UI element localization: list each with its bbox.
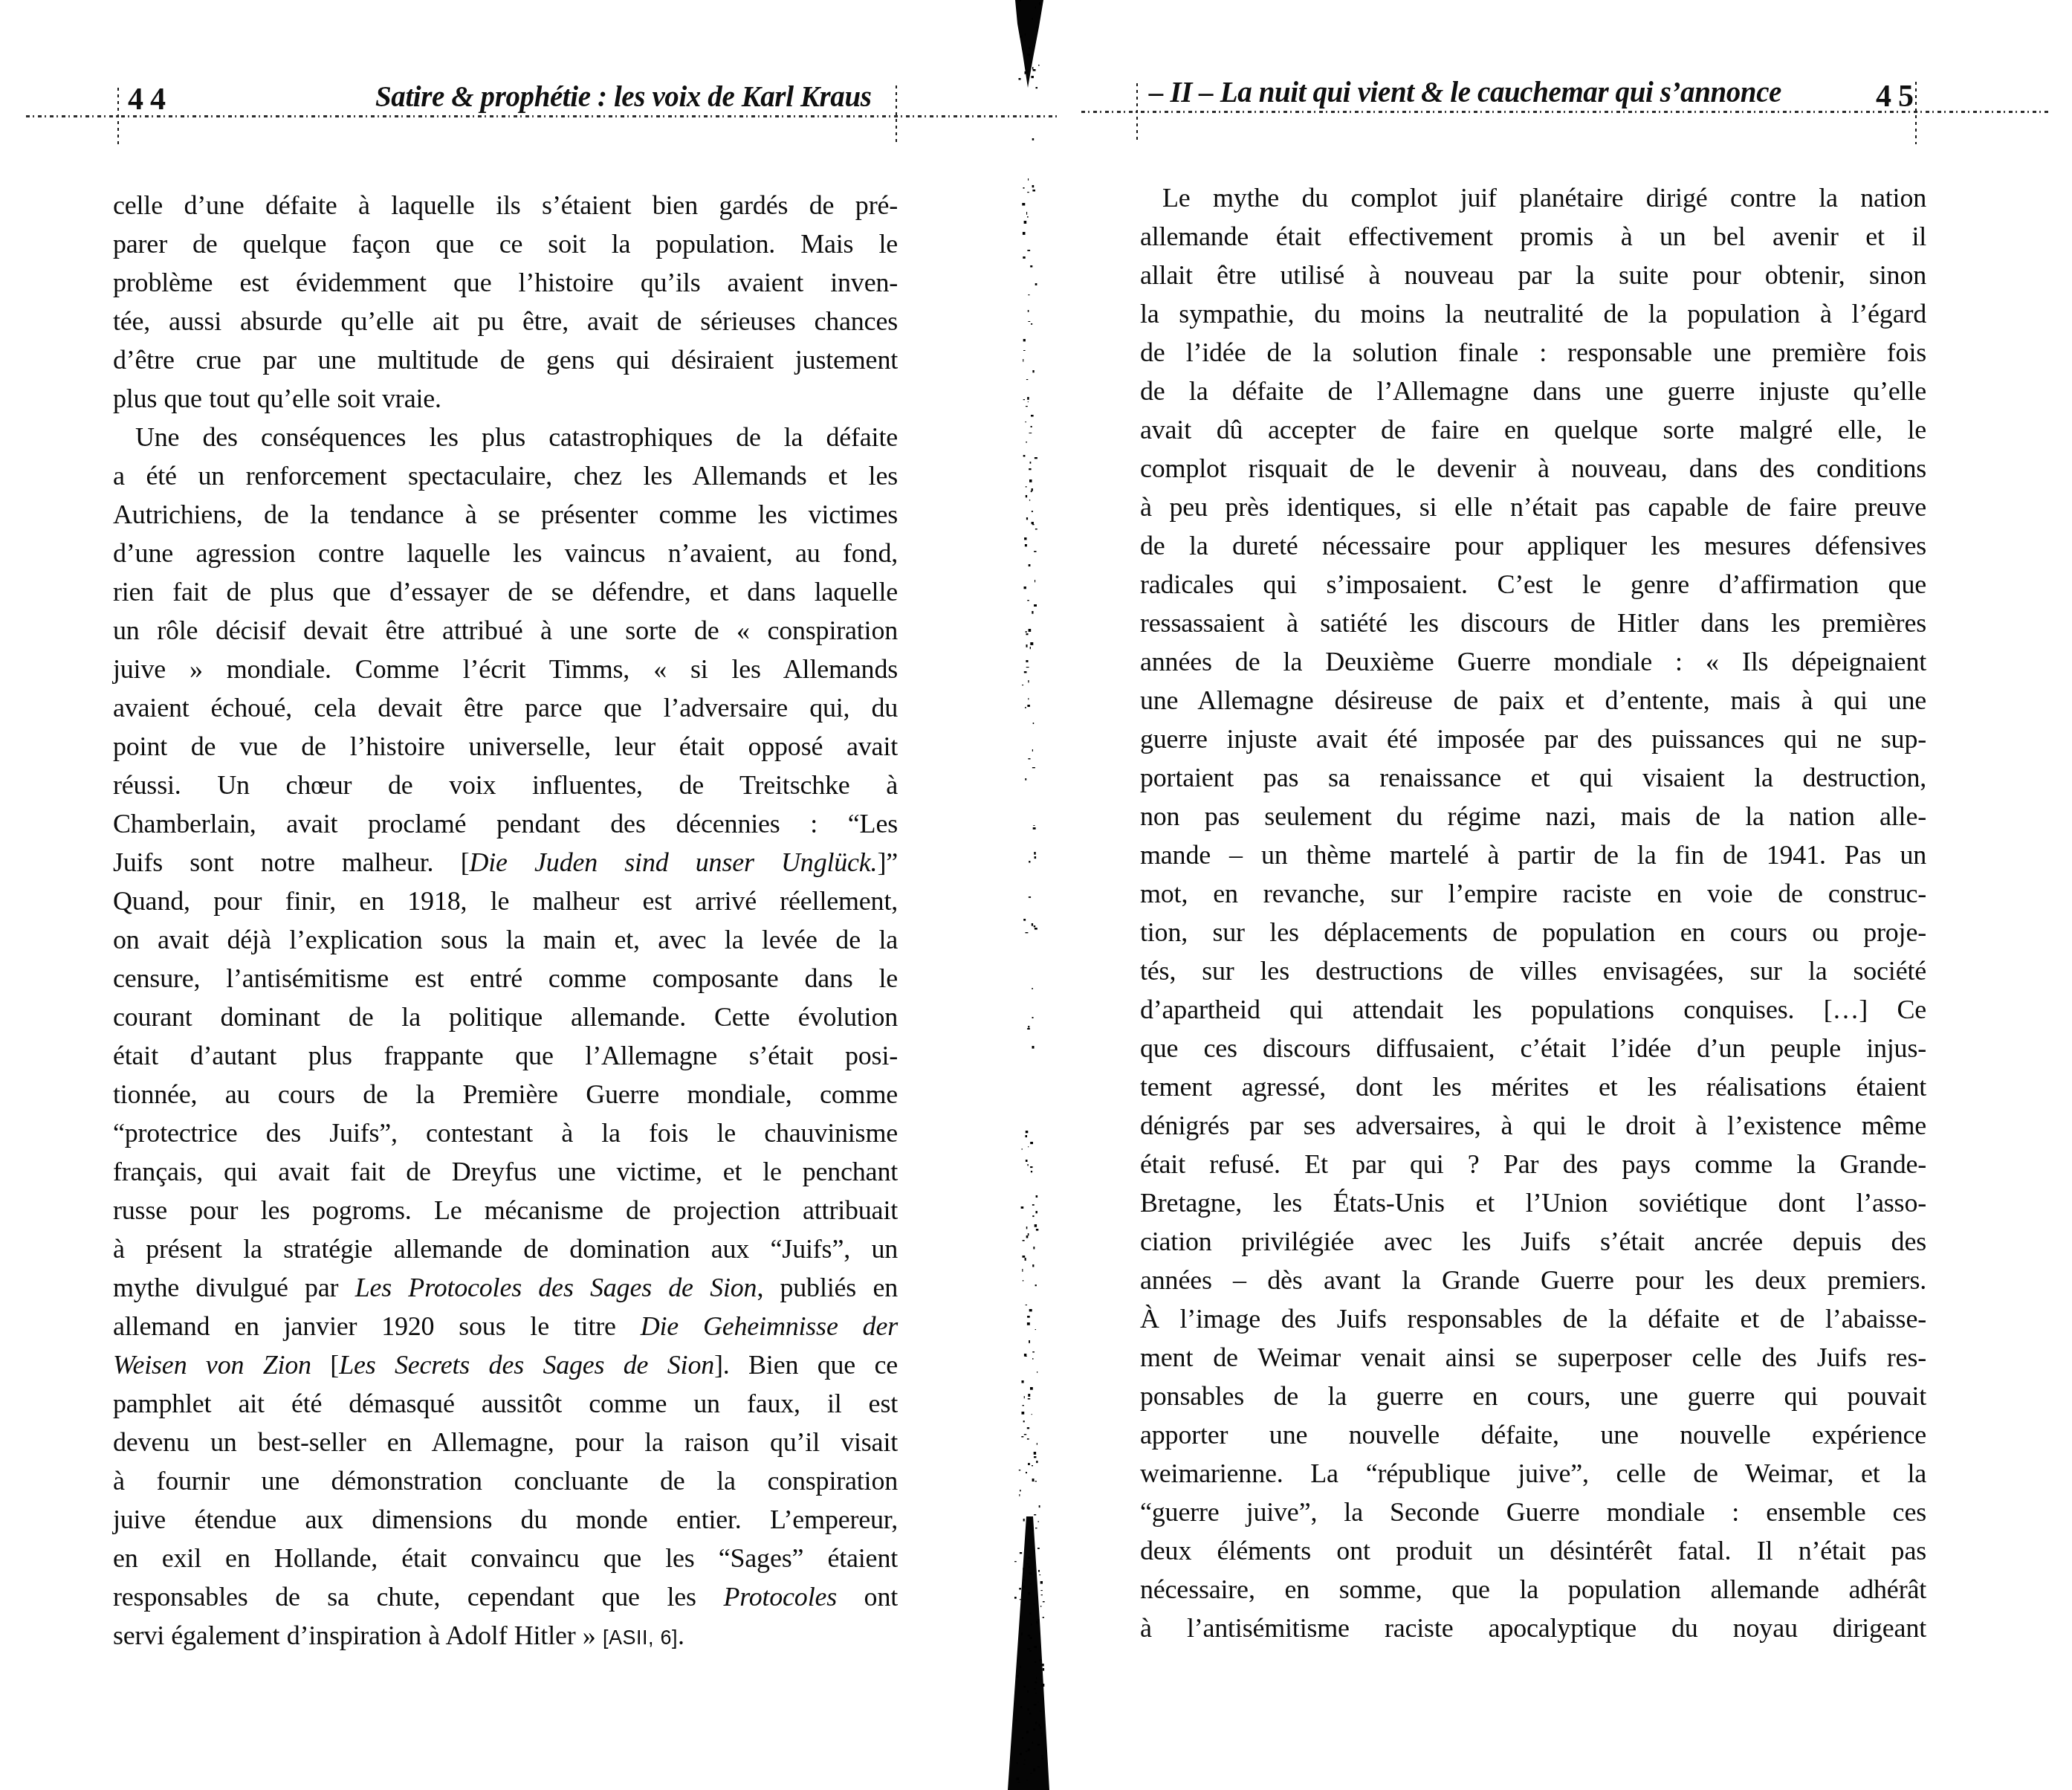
text-run: censure, l’antisémitisme est entré comme… bbox=[113, 963, 898, 993]
text-run: années – dès avant la Grande Guerre pour… bbox=[1140, 1265, 1926, 1295]
running-title-right: – II – La nuit qui vient & le cauchemar … bbox=[1149, 76, 1781, 109]
text-run: d’une agression contre laquelle les vain… bbox=[113, 538, 898, 568]
text-line: portaient pas sa renaissance et qui visa… bbox=[1140, 758, 1926, 797]
text-line: À l’image des Juifs responsables de la d… bbox=[1140, 1299, 1926, 1338]
text-run: Juifs sont notre malheur. [ bbox=[113, 847, 469, 877]
text-run: “protectrice des Juifs”, contestant à la… bbox=[113, 1118, 898, 1148]
text-line: avaient échoué, cela devait être parce q… bbox=[113, 688, 898, 727]
text-run: mande – un thème martelé à partir de la … bbox=[1140, 840, 1926, 870]
text-line: Le mythe du complot juif planétaire diri… bbox=[1140, 178, 1926, 217]
italic-text-run: Die Geheimnisse der bbox=[641, 1311, 898, 1341]
text-run: juive » mondiale. Comme l’écrit Timms, «… bbox=[113, 654, 898, 684]
text-run: de l’idée de la solution finale : respon… bbox=[1140, 337, 1926, 367]
text-line: à fournir une démonstration concluante d… bbox=[113, 1461, 898, 1500]
text-line: servi également d’inspiration à Adolf Hi… bbox=[113, 1616, 898, 1657]
text-run: un rôle décisif devait être attribué à u… bbox=[113, 615, 898, 645]
text-line: de la dureté nécessaire pour appliquer l… bbox=[1140, 526, 1926, 565]
italic-text-run: Protocoles bbox=[723, 1582, 837, 1612]
text-line: à présent la stratégie allemande de domi… bbox=[113, 1230, 898, 1268]
text-run: ressassaient à satiété les discours de H… bbox=[1140, 608, 1926, 638]
text-line: en exil en Hollande, était convaincu que… bbox=[113, 1539, 898, 1577]
text-column-left: celle d’une défaite à laquelle ils s’éta… bbox=[113, 186, 898, 1657]
italic-text-run: Les Secrets des Sages de Sion bbox=[339, 1350, 714, 1380]
text-line: était d’autant plus frappante que l’Alle… bbox=[113, 1036, 898, 1075]
text-run: nécessaire, en somme, que la population … bbox=[1140, 1574, 1926, 1604]
text-line: censure, l’antisémitisme est entré comme… bbox=[113, 959, 898, 998]
text-line: pamphlet ait été démasqué aussitôt comme… bbox=[113, 1384, 898, 1423]
text-line: années – dès avant la Grande Guerre pour… bbox=[1140, 1261, 1926, 1299]
text-run: à présent la stratégie allemande de domi… bbox=[113, 1234, 898, 1264]
text-run: on avait déjà l’explication sous la main… bbox=[113, 925, 898, 954]
text-run: ment de Weimar venait ainsi se superpose… bbox=[1140, 1342, 1926, 1372]
text-line: guerre injuste avait été imposée par des… bbox=[1140, 720, 1926, 758]
text-line: Quand, pour finir, en 1918, le malheur e… bbox=[113, 882, 898, 920]
text-run: servi également d’inspiration à Adolf Hi… bbox=[113, 1621, 603, 1650]
text-run: Une des conséquences les plus catastroph… bbox=[135, 422, 898, 452]
text-run: devenu un best-seller en Allemagne, pour… bbox=[113, 1427, 898, 1457]
text-line: la sympathie, du moins la neutralité de … bbox=[1140, 294, 1926, 333]
text-line: que ces discours diffusaient, c’était l’… bbox=[1140, 1029, 1926, 1067]
text-line: une Allemagne désireuse de paix et d’ent… bbox=[1140, 681, 1926, 720]
text-run: problème est évidemment que l’histoire q… bbox=[113, 268, 898, 297]
text-run: de la dureté nécessaire pour appliquer l… bbox=[1140, 531, 1926, 560]
text-line: Bretagne, les États-Unis et l’Union sovi… bbox=[1140, 1183, 1926, 1222]
text-run: À l’image des Juifs responsables de la d… bbox=[1140, 1304, 1926, 1334]
text-line: problème est évidemment que l’histoire q… bbox=[113, 263, 898, 302]
text-run: était d’autant plus frappante que l’Alle… bbox=[113, 1041, 898, 1070]
text-line: a été un renforcement spectaculaire, che… bbox=[113, 456, 898, 495]
text-run: à fournir une démonstration concluante d… bbox=[113, 1466, 898, 1496]
text-run: Bretagne, les États-Unis et l’Union sovi… bbox=[1140, 1188, 1926, 1218]
text-line: français, qui avait fait de Dreyfus une … bbox=[113, 1152, 898, 1191]
text-line: weimarienne. La “république juive”, cell… bbox=[1140, 1454, 1926, 1493]
text-line: mot, en revanche, sur l’empire raciste e… bbox=[1140, 874, 1926, 913]
text-line: années de la Deuxième Guerre mondiale : … bbox=[1140, 642, 1926, 681]
text-run: Le mythe du complot juif planétaire diri… bbox=[1162, 183, 1926, 213]
text-line: à peu près identiques, si elle n’était p… bbox=[1140, 488, 1926, 526]
text-run: dénigrés par ses adversaires, à qui le d… bbox=[1140, 1111, 1926, 1140]
text-line: avait dû accepter de faire en quelque so… bbox=[1140, 410, 1926, 449]
text-run: en exil en Hollande, était convaincu que… bbox=[113, 1543, 898, 1573]
text-run: . bbox=[678, 1621, 684, 1650]
text-run: avait dû accepter de faire en quelque so… bbox=[1140, 415, 1926, 445]
text-run: portaient pas sa renaissance et qui visa… bbox=[1140, 763, 1926, 792]
text-line: d’être crue par une multitude de gens qu… bbox=[113, 340, 898, 379]
text-run: que ces discours diffusaient, c’était l’… bbox=[1140, 1033, 1926, 1063]
text-run: Autrichiens, de la tendance à se présent… bbox=[113, 500, 898, 529]
text-line: dénigrés par ses adversaires, à qui le d… bbox=[1140, 1106, 1926, 1145]
margin-mark-left-outer bbox=[117, 88, 119, 146]
text-line: radicales qui s’imposaient. C’est le gen… bbox=[1140, 565, 1926, 604]
text-line: tement agressé, dont les mérites et les … bbox=[1140, 1067, 1926, 1106]
text-run: ciation privilégiée avec les Juifs s’éta… bbox=[1140, 1227, 1926, 1256]
text-run: allemand en janvier 1920 sous le titre bbox=[113, 1311, 641, 1341]
text-run: Quand, pour finir, en 1918, le malheur e… bbox=[113, 886, 898, 916]
text-line: de l’idée de la solution finale : respon… bbox=[1140, 333, 1926, 372]
text-run: tement agressé, dont les mérites et les … bbox=[1140, 1072, 1926, 1102]
text-run: non pas seulement du régime nazi, mais d… bbox=[1140, 801, 1926, 831]
text-run: ont bbox=[837, 1582, 898, 1612]
text-run: la sympathie, du moins la neutralité de … bbox=[1140, 299, 1926, 329]
text-line: courant dominant de la politique alleman… bbox=[113, 998, 898, 1036]
text-run: à peu près identiques, si elle n’était p… bbox=[1140, 492, 1926, 522]
text-run: mythe divulgué par bbox=[113, 1273, 355, 1302]
margin-mark-right-inner bbox=[1136, 83, 1138, 143]
text-line: celle d’une défaite à laquelle ils s’éta… bbox=[113, 186, 898, 224]
text-line: ressassaient à satiété les discours de H… bbox=[1140, 604, 1926, 642]
text-line: tée, aussi absurde qu’elle ait pu être, … bbox=[113, 302, 898, 340]
header-rule-right bbox=[1081, 111, 2051, 113]
text-line: plus que tout qu’elle soit vraie. bbox=[113, 379, 898, 418]
text-line: “protectrice des Juifs”, contestant à la… bbox=[113, 1114, 898, 1152]
text-run: allemande était effectivement promis à u… bbox=[1140, 222, 1926, 251]
text-line: juive » mondiale. Comme l’écrit Timms, «… bbox=[113, 650, 898, 688]
text-line: on avait déjà l’explication sous la main… bbox=[113, 920, 898, 959]
text-run: français, qui avait fait de Dreyfus une … bbox=[113, 1157, 898, 1186]
text-run: était refusé. Et par qui ? Par des pays … bbox=[1140, 1149, 1926, 1179]
text-run: deux éléments ont produit un désintérêt … bbox=[1140, 1536, 1926, 1566]
text-run: tés, sur les destructions de villes envi… bbox=[1140, 956, 1926, 986]
text-line: non pas seulement du régime nazi, mais d… bbox=[1140, 797, 1926, 836]
italic-text-run: Les Protocoles des Sages de Sion bbox=[355, 1273, 757, 1302]
text-line: complot risquait de le devenir à nouveau… bbox=[1140, 449, 1926, 488]
text-run: apporter une nouvelle défaite, une nouve… bbox=[1140, 1420, 1926, 1450]
text-run: pamphlet ait été démasqué aussitôt comme… bbox=[113, 1389, 898, 1418]
text-line: mande – un thème martelé à partir de la … bbox=[1140, 836, 1926, 874]
text-run: juive étendue aux dimensions du monde en… bbox=[113, 1505, 898, 1534]
text-line: parer de quelque façon que ce soit la po… bbox=[113, 224, 898, 263]
text-line: ponsables de la guerre en cours, une gue… bbox=[1140, 1377, 1926, 1415]
text-run: plus que tout qu’elle soit vraie. bbox=[113, 384, 441, 413]
text-run: [ bbox=[311, 1350, 339, 1380]
text-run: weimarienne. La “république juive”, cell… bbox=[1140, 1458, 1926, 1488]
text-run: d’être crue par une multitude de gens qu… bbox=[113, 345, 898, 375]
text-run: celle d’une défaite à laquelle ils s’éta… bbox=[113, 190, 898, 220]
text-line: “guerre juive”, la Seconde Guerre mondia… bbox=[1140, 1493, 1926, 1531]
text-run: complot risquait de le devenir à nouveau… bbox=[1140, 453, 1926, 483]
text-run: “guerre juive”, la Seconde Guerre mondia… bbox=[1140, 1497, 1926, 1527]
text-line: réussi. Un chœur de voix influentes, de … bbox=[113, 766, 898, 804]
text-run: avaient échoué, cela devait être parce q… bbox=[113, 693, 898, 723]
header-rule-left bbox=[26, 115, 1061, 117]
page-number-right: 45 bbox=[1876, 79, 1920, 114]
text-line: ment de Weimar venait ainsi se superpose… bbox=[1140, 1338, 1926, 1377]
text-line: apporter une nouvelle défaite, une nouve… bbox=[1140, 1415, 1926, 1454]
text-run: ponsables de la guerre en cours, une gue… bbox=[1140, 1381, 1926, 1411]
page-number-left: 44 bbox=[128, 82, 172, 117]
text-line: Weisen von Zion [Les Secrets des Sages d… bbox=[113, 1345, 898, 1384]
text-line: devenu un best-seller en Allemagne, pour… bbox=[113, 1423, 898, 1461]
citation-ref: [ASII, 6] bbox=[603, 1626, 678, 1649]
text-line: responsables de sa chute, cependant que … bbox=[113, 1577, 898, 1616]
text-line: Autrichiens, de la tendance à se présent… bbox=[113, 495, 898, 534]
text-line: Chamberlain, avait proclamé pendant des … bbox=[113, 804, 898, 843]
text-line: allait être utilisé à nouveau par la sui… bbox=[1140, 256, 1926, 294]
text-line: était refusé. Et par qui ? Par des pays … bbox=[1140, 1145, 1926, 1183]
book-spread: 44 Satire & prophétie : les voix de Karl… bbox=[0, 0, 2072, 1790]
text-line: deux éléments ont produit un désintérêt … bbox=[1140, 1531, 1926, 1570]
text-run: tée, aussi absurde qu’elle ait pu être, … bbox=[113, 306, 898, 336]
margin-mark-right-outer bbox=[1915, 82, 1917, 144]
text-line: à l’antisémitisme raciste apocalyptique … bbox=[1140, 1609, 1926, 1647]
text-line: allemand en janvier 1920 sous le titre D… bbox=[113, 1307, 898, 1345]
text-run: point de vue de l’histoire universelle, … bbox=[113, 731, 898, 761]
text-line: ciation privilégiée avec les Juifs s’éta… bbox=[1140, 1222, 1926, 1261]
text-line: tés, sur les destructions de villes envi… bbox=[1140, 951, 1926, 990]
text-run: tion, sur les déplacements de population… bbox=[1140, 917, 1926, 947]
text-line: mythe divulgué par Les Protocoles des Sa… bbox=[113, 1268, 898, 1307]
text-line: d’une agression contre laquelle les vain… bbox=[113, 534, 898, 572]
text-line: juive étendue aux dimensions du monde en… bbox=[113, 1500, 898, 1539]
text-run: à l’antisémitisme raciste apocalyptique … bbox=[1140, 1613, 1926, 1643]
text-line: Une des conséquences les plus catastroph… bbox=[113, 418, 898, 456]
text-line: de la défaite de l’Allemagne dans une gu… bbox=[1140, 372, 1926, 410]
text-run: russe pour les pogroms. Le mécanisme de … bbox=[113, 1195, 898, 1225]
italic-text-run: Weisen von Zion bbox=[113, 1350, 311, 1380]
text-line: rien fait de plus que d’essayer de se dé… bbox=[113, 572, 898, 611]
text-run: courant dominant de la politique alleman… bbox=[113, 1002, 898, 1032]
text-run: a été un renforcement spectaculaire, che… bbox=[113, 461, 898, 491]
text-line: tion, sur les déplacements de population… bbox=[1140, 913, 1926, 951]
text-run: années de la Deuxième Guerre mondiale : … bbox=[1140, 647, 1926, 676]
text-line: allemande était effectivement promis à u… bbox=[1140, 217, 1926, 256]
text-run: tionnée, au cours de la Première Guerre … bbox=[113, 1079, 898, 1109]
running-title-left: Satire & prophétie : les voix de Karl Kr… bbox=[375, 80, 872, 114]
text-run: , publiés en bbox=[757, 1273, 898, 1302]
text-run: de la défaite de l’Allemagne dans une gu… bbox=[1140, 376, 1926, 406]
text-line: Juifs sont notre malheur. [Die Juden sin… bbox=[113, 843, 898, 882]
italic-text-run: Die Juden sind unser Unglück. bbox=[469, 847, 877, 877]
text-run: guerre injuste avait été imposée par des… bbox=[1140, 724, 1926, 754]
text-line: point de vue de l’histoire universelle, … bbox=[113, 727, 898, 766]
text-run: mot, en revanche, sur l’empire raciste e… bbox=[1140, 879, 1926, 908]
text-run: responsables de sa chute, cependant que … bbox=[113, 1582, 723, 1612]
text-run: ]. Bien que ce bbox=[714, 1350, 898, 1380]
text-run: ]” bbox=[877, 847, 898, 877]
text-run: une Allemagne désireuse de paix et d’ent… bbox=[1140, 685, 1926, 715]
text-run: allait être utilisé à nouveau par la sui… bbox=[1140, 260, 1926, 290]
text-line: nécessaire, en somme, que la population … bbox=[1140, 1570, 1926, 1609]
text-run: radicales qui s’imposaient. C’est le gen… bbox=[1140, 569, 1926, 599]
text-column-right: Le mythe du complot juif planétaire diri… bbox=[1140, 178, 1926, 1647]
text-line: tionnée, au cours de la Première Guerre … bbox=[113, 1075, 898, 1114]
text-run: parer de quelque façon que ce soit la po… bbox=[113, 229, 898, 259]
margin-mark-left-inner bbox=[896, 85, 897, 143]
text-run: d’apartheid qui attendait les population… bbox=[1140, 995, 1926, 1024]
text-run: réussi. Un chœur de voix influentes, de … bbox=[113, 770, 898, 800]
text-line: un rôle décisif devait être attribué à u… bbox=[113, 611, 898, 650]
text-run: rien fait de plus que d’essayer de se dé… bbox=[113, 577, 898, 607]
text-line: russe pour les pogroms. Le mécanisme de … bbox=[113, 1191, 898, 1230]
text-line: d’apartheid qui attendait les population… bbox=[1140, 990, 1926, 1029]
text-run: Chamberlain, avait proclamé pendant des … bbox=[113, 809, 898, 839]
